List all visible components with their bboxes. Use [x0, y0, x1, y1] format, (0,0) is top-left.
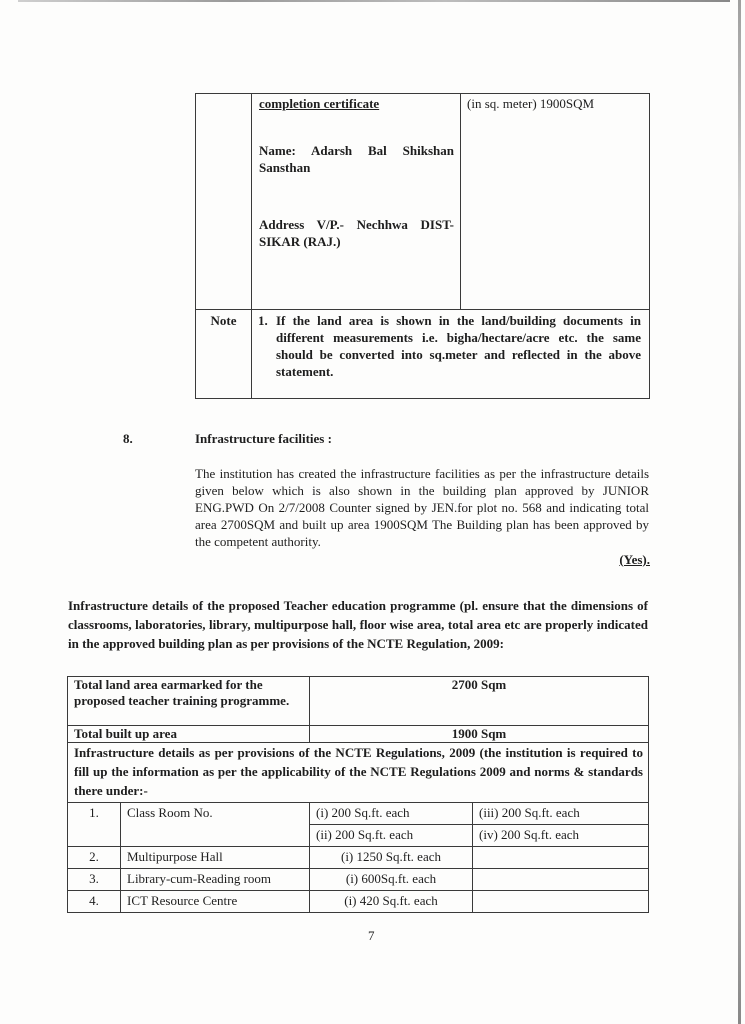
table-row: 3. Library-cum-Reading room (i) 600Sq.ft…	[68, 869, 649, 891]
land-area-value: 2700 Sqm	[310, 677, 649, 726]
section-number: 8.	[123, 431, 133, 447]
certificate-label: completion certificate	[259, 95, 454, 112]
row-value: (i) 1250 Sq.ft. each	[310, 847, 473, 869]
table-row: 2. Multipurpose Hall (i) 1250 Sq.ft. eac…	[68, 847, 649, 869]
land-details-table: completion certificate Name: Adarsh Bal …	[195, 93, 650, 399]
row-number: 4.	[68, 891, 121, 913]
row-value: (i) 200 Sq.ft. each	[310, 803, 473, 825]
row-value	[473, 869, 649, 891]
section-answer: (Yes).	[619, 552, 650, 568]
certificate-cell: completion certificate Name: Adarsh Bal …	[252, 94, 461, 310]
note-label: Note	[196, 310, 252, 399]
infrastructure-intro: Infrastructure details of the proposed T…	[68, 596, 648, 653]
builtup-area-label: Total built up area	[68, 726, 310, 743]
institution-name: Name: Adarsh Bal Shikshan Sansthan	[259, 142, 454, 176]
row-name: ICT Resource Centre	[121, 891, 310, 913]
row-name: Multipurpose Hall	[121, 847, 310, 869]
institution-address: Address V/P.- Nechhwa DIST-SIKAR (RAJ.)	[259, 216, 454, 250]
scan-edge-top	[18, 0, 730, 2]
land-area-label: Total land area earmarked for the propos…	[68, 677, 310, 726]
section-title: Infrastructure facilities :	[195, 431, 332, 447]
provisions-text: Infrastructure details as per provisions…	[68, 743, 649, 803]
row-name: Class Room No.	[121, 803, 310, 847]
infrastructure-table: Total land area earmarked for the propos…	[67, 676, 649, 913]
note-number: 1.	[258, 312, 268, 329]
row-value: (ii) 200 Sq.ft. each	[310, 825, 473, 847]
row-name: Library-cum-Reading room	[121, 869, 310, 891]
section-body: The institution has created the infrastr…	[195, 465, 649, 550]
table-row: 1. Class Room No. (i) 200 Sq.ft. each (i…	[68, 803, 649, 825]
table-row: 4. ICT Resource Centre (i) 420 Sq.ft. ea…	[68, 891, 649, 913]
serial-cell	[196, 94, 252, 310]
scan-edge-right	[738, 0, 741, 1024]
row-value	[473, 891, 649, 913]
row-value: (i) 600Sq.ft. each	[310, 869, 473, 891]
note-cell: 1. If the land area is shown in the land…	[252, 310, 650, 399]
row-number: 1.	[68, 803, 121, 847]
row-value: (i) 420 Sq.ft. each	[310, 891, 473, 913]
row-value: (iii) 200 Sq.ft. each	[473, 803, 649, 825]
row-number: 2.	[68, 847, 121, 869]
note-text: If the land area is shown in the land/bu…	[276, 313, 641, 379]
page-number: 7	[368, 928, 375, 944]
row-value	[473, 847, 649, 869]
builtup-area-value: 1900 Sqm	[310, 726, 649, 743]
area-value: (in sq. meter) 1900SQM	[467, 95, 643, 112]
area-cell: (in sq. meter) 1900SQM	[461, 94, 650, 310]
row-value: (iv) 200 Sq.ft. each	[473, 825, 649, 847]
row-number: 3.	[68, 869, 121, 891]
